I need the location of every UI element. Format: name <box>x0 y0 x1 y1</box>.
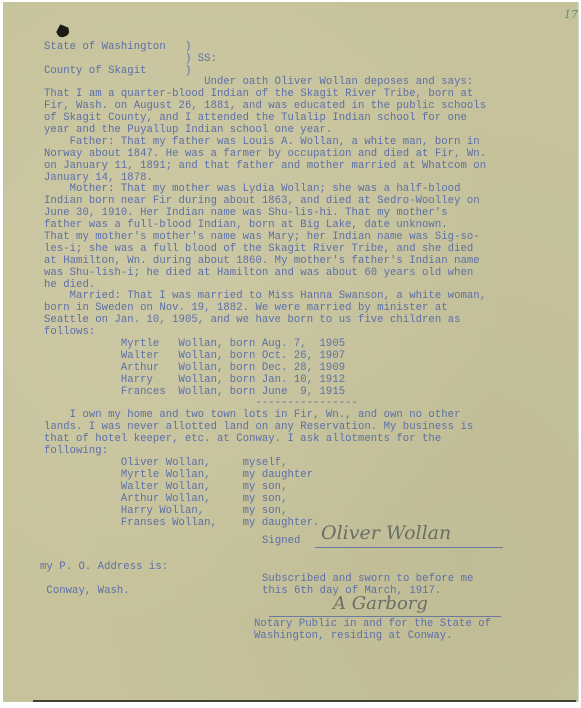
allotment-row: Franses Wollan, my daughter. <box>44 517 320 529</box>
po-address-value: Conway, Wash. <box>40 585 130 597</box>
body-line: on January 11, 1891; and that father and… <box>44 160 486 172</box>
body-line: Married: That I was married to Miss Hann… <box>44 290 486 302</box>
body-line: June 30, 1910. Her Indian name was Shu-l… <box>44 207 448 219</box>
body-line: at Hamilton, Wn. during about 1860. My m… <box>44 255 480 267</box>
body-line: following: <box>44 445 108 457</box>
body-line: That my mother's mother's name was Mary;… <box>44 231 480 243</box>
header-state: State of Washington ) <box>44 41 191 53</box>
child-row: Harry Wollan, born Jan. 10, 1912 <box>44 374 345 386</box>
po-address-label: my P. O. Address is: <box>40 561 168 573</box>
signed-label: Signed <box>262 535 300 547</box>
allotment-row: Arthur Wollan, my son, <box>44 493 287 505</box>
body-line: les-i; she was a full blood of the Skagi… <box>44 243 473 255</box>
body-line: follows: <box>44 326 95 338</box>
allotment-row: Myrtle Wollan, my daughter <box>44 469 313 481</box>
punch-hole-mark <box>54 22 71 39</box>
body-line: Norway about 1847. He was a farmer by oc… <box>44 148 486 160</box>
body-line: Mother: That my mother was Lydia Wollan;… <box>44 183 460 195</box>
body-line: Seattle on Jan. 10, 1905, and we have bo… <box>44 314 460 326</box>
page-number: 17 <box>564 8 578 21</box>
body-line: That I am a quarter-blood Indian of the … <box>44 88 473 100</box>
body-line: year and the Puyallup Indian school one … <box>44 124 332 136</box>
affiant-signature: Oliver Wollan <box>321 522 451 544</box>
body-line: was Shu-lish-i; he died at Hamilton and … <box>44 267 473 279</box>
header-ss: ) SS: <box>44 53 217 65</box>
subscribed-line-1: Subscribed and sworn to before me <box>262 573 473 585</box>
allotment-row: Harry Wollan, my son, <box>44 505 287 517</box>
notary-line-2: Washington, residing at Conway. <box>254 630 453 642</box>
allotment-row: Walter Wollan, my son, <box>44 481 287 493</box>
body-line: father was a full-blood Indian, born at … <box>44 219 448 231</box>
body-line: Indian born near Fir during about 1863, … <box>44 195 480 207</box>
body-line: lands. I was never allotted land on any … <box>44 421 473 433</box>
notary-line-1: Notary Public in and for the State of <box>254 618 491 630</box>
child-row: Arthur Wollan, born Dec. 28, 1909 <box>44 362 345 374</box>
notary-signature: A Garborg <box>333 593 428 614</box>
body-line: born in Sweden on Nov. 19, 1882. We were… <box>44 302 448 314</box>
child-row: Walter Wollan, born Oct. 26, 1907 <box>44 350 345 362</box>
body-line: Fir, Wash. on August 26, 1881, and was e… <box>44 100 486 112</box>
child-row: Myrtle Wollan, born Aug. 7, 1905 <box>44 338 345 350</box>
signature-line <box>315 547 503 548</box>
body-line: Under oath Oliver Wollan deposes and say… <box>44 76 473 88</box>
page-bottom-edge <box>33 700 576 702</box>
allotment-row: Oliver Wollan, myself, <box>44 457 287 469</box>
separator-line: ---------------- <box>44 397 358 409</box>
body-line: that of hotel keeper, etc. at Conway. I … <box>44 433 441 445</box>
body-line: of Skagit County, and I attended the Tul… <box>44 112 467 124</box>
document-page: 17 State of Washington ) ) SS: County of… <box>3 2 579 702</box>
body-line: I own my home and two town lots in Fir, … <box>44 409 460 421</box>
notary-signature-line <box>269 616 501 617</box>
body-line: Father: That my father was Louis A. Woll… <box>44 136 480 148</box>
